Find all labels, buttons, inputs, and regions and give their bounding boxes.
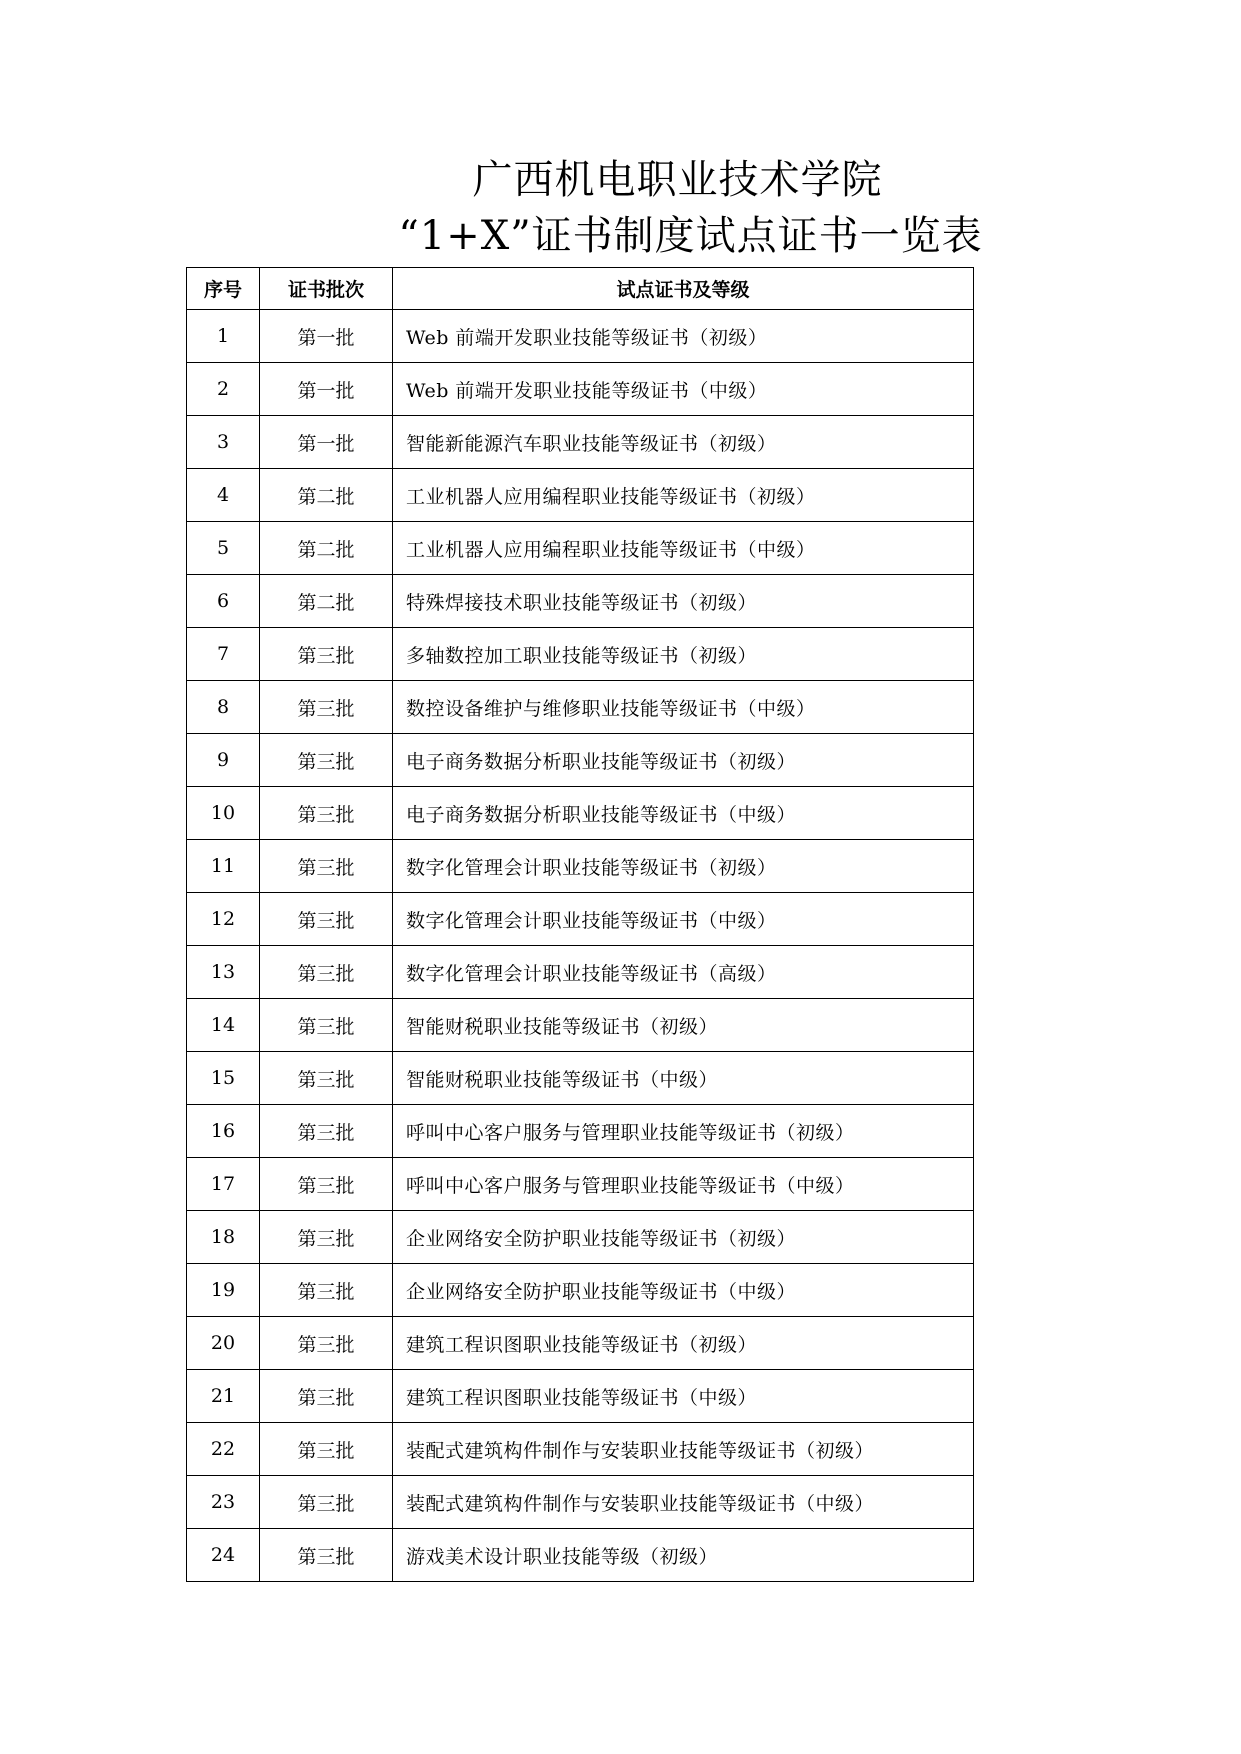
table-row: 2第一批Web 前端开发职业技能等级证书（中级） — [187, 363, 974, 416]
certificate-name-cell: 智能新能源汽车职业技能等级证书（初级） — [393, 416, 974, 469]
serial-number-cell: 6 — [187, 575, 260, 628]
table-header-row: 序号 证书批次 试点证书及等级 — [187, 268, 974, 310]
table-row: 9第三批电子商务数据分析职业技能等级证书（初级） — [187, 734, 974, 787]
batch-cell: 第三批 — [260, 734, 393, 787]
batch-cell: 第三批 — [260, 999, 393, 1052]
serial-number-cell: 19 — [187, 1264, 260, 1317]
table-row: 1第一批Web 前端开发职业技能等级证书（初级） — [187, 310, 974, 363]
certificate-name-cell: 建筑工程识图职业技能等级证书（中级） — [393, 1370, 974, 1423]
table-row: 7第三批多轴数控加工职业技能等级证书（初级） — [187, 628, 974, 681]
certificate-name-cell: 工业机器人应用编程职业技能等级证书（中级） — [393, 522, 974, 575]
serial-number-cell: 3 — [187, 416, 260, 469]
batch-cell: 第二批 — [260, 469, 393, 522]
header-certificate-and-level: 试点证书及等级 — [393, 268, 974, 310]
batch-cell: 第二批 — [260, 522, 393, 575]
serial-number-cell: 2 — [187, 363, 260, 416]
batch-cell: 第三批 — [260, 1370, 393, 1423]
document-subtitle: “1+X”证书制度试点证书一览表 — [70, 211, 1241, 261]
batch-cell: 第三批 — [260, 787, 393, 840]
batch-cell: 第三批 — [260, 1105, 393, 1158]
certificate-name-cell: 智能财税职业技能等级证书（初级） — [393, 999, 974, 1052]
certificate-table: 序号 证书批次 试点证书及等级 1第一批Web 前端开发职业技能等级证书（初级）… — [186, 267, 974, 1582]
table-row: 4第二批工业机器人应用编程职业技能等级证书（初级） — [187, 469, 974, 522]
table-row: 8第三批数控设备维护与维修职业技能等级证书（中级） — [187, 681, 974, 734]
batch-cell: 第三批 — [260, 1529, 393, 1582]
certificate-name-cell: 企业网络安全防护职业技能等级证书（中级） — [393, 1264, 974, 1317]
batch-cell: 第三批 — [260, 840, 393, 893]
batch-cell: 第三批 — [260, 681, 393, 734]
table-body: 1第一批Web 前端开发职业技能等级证书（初级）2第一批Web 前端开发职业技能… — [187, 310, 974, 1582]
table-row: 11第三批数字化管理会计职业技能等级证书（初级） — [187, 840, 974, 893]
table-row: 23第三批装配式建筑构件制作与安装职业技能等级证书（中级） — [187, 1476, 974, 1529]
serial-number-cell: 8 — [187, 681, 260, 734]
certificate-name-cell: Web 前端开发职业技能等级证书（初级） — [393, 310, 974, 363]
table-row: 19第三批企业网络安全防护职业技能等级证书（中级） — [187, 1264, 974, 1317]
certificate-name-cell: 数字化管理会计职业技能等级证书（初级） — [393, 840, 974, 893]
serial-number-cell: 4 — [187, 469, 260, 522]
serial-number-cell: 12 — [187, 893, 260, 946]
batch-cell: 第三批 — [260, 1052, 393, 1105]
table-row: 14第三批智能财税职业技能等级证书（初级） — [187, 999, 974, 1052]
serial-number-cell: 13 — [187, 946, 260, 999]
certificate-name-cell: 装配式建筑构件制作与安装职业技能等级证书（中级） — [393, 1476, 974, 1529]
batch-cell: 第三批 — [260, 1423, 393, 1476]
batch-cell: 第一批 — [260, 310, 393, 363]
certificate-name-cell: Web 前端开发职业技能等级证书（中级） — [393, 363, 974, 416]
batch-cell: 第二批 — [260, 575, 393, 628]
serial-number-cell: 14 — [187, 999, 260, 1052]
batch-cell: 第三批 — [260, 1476, 393, 1529]
serial-number-cell: 16 — [187, 1105, 260, 1158]
serial-number-cell: 23 — [187, 1476, 260, 1529]
table-row: 20第三批建筑工程识图职业技能等级证书（初级） — [187, 1317, 974, 1370]
header-certificate-batch: 证书批次 — [260, 268, 393, 310]
certificate-name-cell: 电子商务数据分析职业技能等级证书（中级） — [393, 787, 974, 840]
batch-cell: 第三批 — [260, 1211, 393, 1264]
certificate-name-cell: 游戏美术设计职业技能等级（初级） — [393, 1529, 974, 1582]
serial-number-cell: 22 — [187, 1423, 260, 1476]
batch-cell: 第一批 — [260, 363, 393, 416]
serial-number-cell: 5 — [187, 522, 260, 575]
serial-number-cell: 21 — [187, 1370, 260, 1423]
serial-number-cell: 7 — [187, 628, 260, 681]
table-row: 24第三批游戏美术设计职业技能等级（初级） — [187, 1529, 974, 1582]
serial-number-cell: 10 — [187, 787, 260, 840]
batch-cell: 第三批 — [260, 1158, 393, 1211]
table-row: 13第三批数字化管理会计职业技能等级证书（高级） — [187, 946, 974, 999]
serial-number-cell: 20 — [187, 1317, 260, 1370]
table-row: 12第三批数字化管理会计职业技能等级证书（中级） — [187, 893, 974, 946]
certificate-name-cell: 装配式建筑构件制作与安装职业技能等级证书（初级） — [393, 1423, 974, 1476]
batch-cell: 第三批 — [260, 946, 393, 999]
document-title: 广西机电职业技术学院 — [57, 155, 1241, 205]
certificate-name-cell: 特殊焊接技术职业技能等级证书（初级） — [393, 575, 974, 628]
certificate-name-cell: 数字化管理会计职业技能等级证书（高级） — [393, 946, 974, 999]
certificate-name-cell: 企业网络安全防护职业技能等级证书（初级） — [393, 1211, 974, 1264]
serial-number-cell: 11 — [187, 840, 260, 893]
table-row: 15第三批智能财税职业技能等级证书（中级） — [187, 1052, 974, 1105]
batch-cell: 第三批 — [260, 628, 393, 681]
certificate-name-cell: 数字化管理会计职业技能等级证书（中级） — [393, 893, 974, 946]
serial-number-cell: 9 — [187, 734, 260, 787]
table-row: 16第三批呼叫中心客户服务与管理职业技能等级证书（初级） — [187, 1105, 974, 1158]
table-row: 18第三批企业网络安全防护职业技能等级证书（初级） — [187, 1211, 974, 1264]
certificate-name-cell: 数控设备维护与维修职业技能等级证书（中级） — [393, 681, 974, 734]
serial-number-cell: 18 — [187, 1211, 260, 1264]
certificate-name-cell: 多轴数控加工职业技能等级证书（初级） — [393, 628, 974, 681]
table-row: 3第一批智能新能源汽车职业技能等级证书（初级） — [187, 416, 974, 469]
certificate-name-cell: 呼叫中心客户服务与管理职业技能等级证书（中级） — [393, 1158, 974, 1211]
header-serial-number: 序号 — [187, 268, 260, 310]
serial-number-cell: 1 — [187, 310, 260, 363]
table-row: 10第三批电子商务数据分析职业技能等级证书（中级） — [187, 787, 974, 840]
table-row: 21第三批建筑工程识图职业技能等级证书（中级） — [187, 1370, 974, 1423]
table-row: 5第二批工业机器人应用编程职业技能等级证书（中级） — [187, 522, 974, 575]
certificate-name-cell: 呼叫中心客户服务与管理职业技能等级证书（初级） — [393, 1105, 974, 1158]
batch-cell: 第三批 — [260, 1317, 393, 1370]
batch-cell: 第三批 — [260, 1264, 393, 1317]
batch-cell: 第一批 — [260, 416, 393, 469]
certificate-name-cell: 电子商务数据分析职业技能等级证书（初级） — [393, 734, 974, 787]
table-row: 6第二批特殊焊接技术职业技能等级证书（初级） — [187, 575, 974, 628]
table-row: 17第三批呼叫中心客户服务与管理职业技能等级证书（中级） — [187, 1158, 974, 1211]
serial-number-cell: 17 — [187, 1158, 260, 1211]
certificate-name-cell: 智能财税职业技能等级证书（中级） — [393, 1052, 974, 1105]
table-row: 22第三批装配式建筑构件制作与安装职业技能等级证书（初级） — [187, 1423, 974, 1476]
serial-number-cell: 24 — [187, 1529, 260, 1582]
certificate-name-cell: 建筑工程识图职业技能等级证书（初级） — [393, 1317, 974, 1370]
batch-cell: 第三批 — [260, 893, 393, 946]
certificate-name-cell: 工业机器人应用编程职业技能等级证书（初级） — [393, 469, 974, 522]
serial-number-cell: 15 — [187, 1052, 260, 1105]
